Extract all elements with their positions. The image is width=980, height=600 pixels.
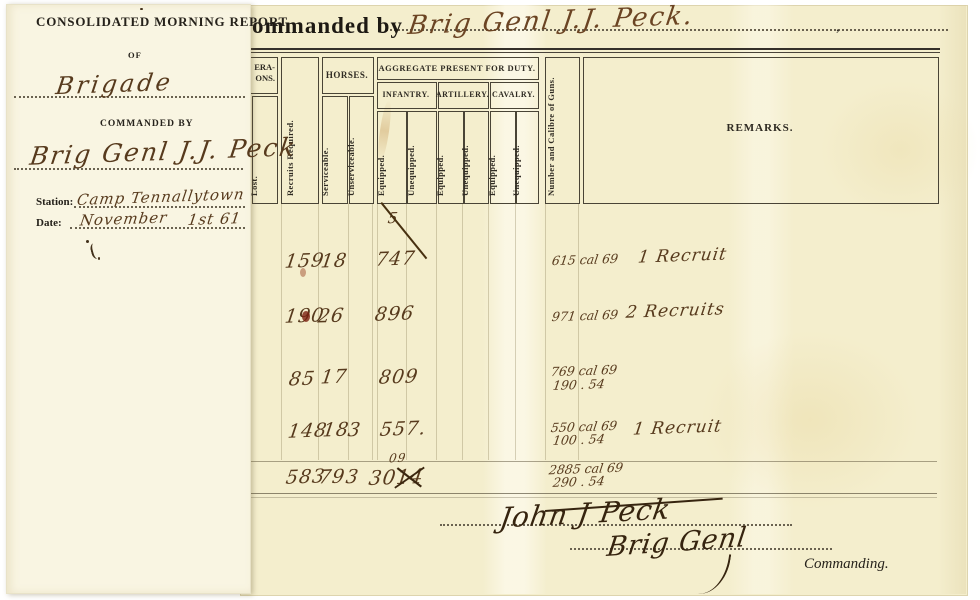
remarks-label: REMARKS. (583, 118, 937, 138)
alterations-label-1: ERA- (254, 62, 275, 72)
ink-speck (98, 257, 100, 260)
total-infantry: 3014 (367, 464, 425, 490)
cell-serviceable-r3: 17 (319, 365, 348, 388)
artillery-equipped-label: Equipped. (435, 155, 445, 196)
cell-infantry-r1: 747 (374, 247, 416, 270)
infantry-unequipped-label: Unequipped. (406, 145, 416, 196)
cell-guns-r4b: 100 . 54 (552, 432, 605, 447)
total-infantry-correction: 09 (388, 451, 407, 466)
column-rule (372, 203, 373, 460)
column-rule (436, 203, 437, 460)
cavalry-equipped-label: Equipped. (487, 155, 497, 196)
heavy-rule-2 (250, 52, 940, 53)
col-guns-label: Number and Calibre of Guns. (546, 77, 556, 196)
cell-remark-r1: 1 Recruit (637, 244, 729, 267)
date-day-field: 1st 61 (187, 209, 243, 229)
commanding-label: Commanding. (804, 556, 889, 573)
commanded-by-label-left: COMMANDED BY (100, 119, 194, 129)
cell-infantry-r2: 896 (373, 302, 415, 325)
cell-guns-r3b: 190 . 54 (552, 377, 605, 392)
column-rule (377, 203, 378, 460)
artillery-unequipped-label: Unequipped. (460, 145, 470, 196)
column-rule (488, 203, 489, 460)
cell-remark-r4: 1 Recruit (632, 416, 724, 439)
of-label: OF (128, 50, 142, 60)
ink-blot-r2 (302, 311, 310, 322)
ink-speck (86, 240, 89, 243)
col-serviceable-label: Serviceable. (320, 148, 330, 196)
col-unserviceable-label: Unserviceable. (346, 137, 356, 196)
station-label: Station: (36, 196, 73, 208)
scanned-morning-report: { "left_sheet": { "title": "CONSOLIDATED… (0, 0, 980, 600)
infantry-label: INFANTRY. (377, 82, 435, 107)
cell-guns-r1: 615 cal 69 (551, 252, 619, 267)
total-rule-bottom (248, 493, 937, 494)
alterations-label-2: ONS. (255, 73, 275, 83)
total-serviceable: 79 (317, 465, 346, 488)
total-guns-b: 290 . 54 (552, 474, 605, 489)
column-rule (515, 203, 516, 460)
infantry-equipped-label: Equipped. (376, 155, 386, 196)
horses-label: HORSES. (322, 57, 372, 92)
form-title: CONSOLIDATED MORNING REPORT (36, 14, 288, 30)
unit-field: Brigade (54, 68, 175, 100)
column-rule (545, 203, 546, 460)
cell-infantry-r3: 809 (377, 365, 419, 388)
column-rule (462, 203, 463, 460)
date-month-field: November (79, 208, 169, 229)
cell-recruits-r3: 85 (287, 367, 316, 390)
aggregate-label: AGGREGATE PRESENT FOR DUTY. (377, 57, 537, 78)
heavy-rule (250, 48, 940, 50)
artillery-label: ARTILLERY. (438, 82, 487, 107)
total-infantry-struck: 14 (395, 464, 426, 489)
cavalry-label: CAVALRY. (490, 82, 537, 107)
cell-serviceable-r1: 18 (319, 249, 348, 272)
stray-ink-mark: , (836, 20, 840, 36)
cell-remark-r2: 2 Recruits (625, 299, 726, 323)
date-label: Date: (36, 217, 62, 229)
column-rule (281, 203, 282, 460)
cell-serviceable-r2: 26 (316, 304, 345, 327)
cavalry-unequipped-label: Unequipped. (511, 145, 521, 196)
cell-guns-r2: 971 cal 69 (551, 308, 619, 323)
ink-speck (140, 8, 143, 10)
cell-infantry-r4: 557. (378, 417, 427, 441)
